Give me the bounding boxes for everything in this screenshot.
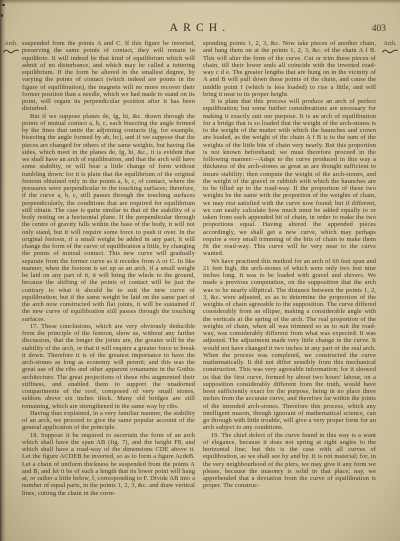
paragraph: 17. These conclusions, which are very ob… — [22, 323, 195, 410]
swash-flourish-icon — [3, 48, 19, 54]
paragraph: 19. The chief defect of the curve found … — [203, 432, 376, 490]
margin-note-label: Arch. — [383, 41, 396, 47]
paragraph: Having thus explained, in a very familia… — [22, 410, 195, 432]
margin-note-right: Arch. — [380, 41, 400, 54]
ink-speck — [1, 14, 3, 17]
page-number: 403 — [372, 24, 386, 34]
paragraph: 18. Suppose it be required to ascertain … — [22, 432, 195, 497]
paragraph: sponding points 1, 2, 3, &c. Now take pi… — [203, 40, 376, 98]
paragraph: suspended from the points A and C. If th… — [22, 40, 195, 113]
swash-flourish-icon — [382, 48, 398, 54]
page-header-title: ARCH. — [0, 22, 400, 34]
paragraph: We have practised this method for an arc… — [203, 258, 376, 432]
scanned-book-page: ARCH. 403 Arch. Arch. suspended from the… — [0, 0, 400, 541]
page-top-shadow — [0, 0, 400, 4]
margin-note-label: Arch. — [4, 41, 17, 47]
text-columns: suspended from the points A and C. If th… — [22, 40, 376, 497]
gutter-shadow — [0, 0, 6, 541]
margin-note-left: Arch. — [1, 41, 21, 54]
paragraph: But if we suppose planes de, fg, hi, &c.… — [22, 113, 195, 323]
paragraph: It is plain that this process will produ… — [203, 98, 376, 258]
ink-speck — [2, 4, 5, 6]
left-column: suspended from the points A and C. If th… — [22, 40, 195, 497]
right-column: sponding points 1, 2, 3, &c. Now take pi… — [203, 40, 376, 497]
